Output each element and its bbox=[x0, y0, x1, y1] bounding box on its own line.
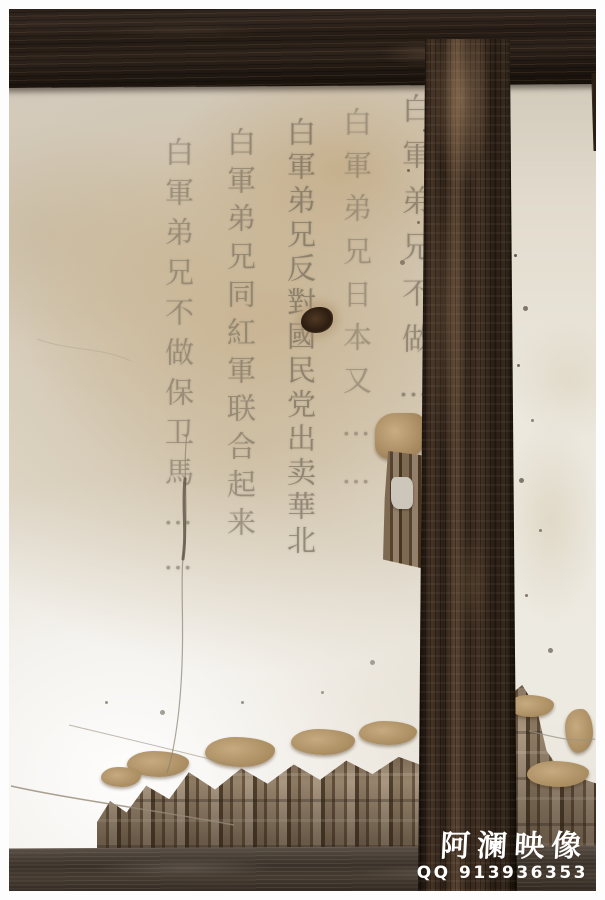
exposed-lath-patch-mid bbox=[383, 451, 425, 569]
plaster-damage-patch bbox=[375, 413, 425, 459]
watermark-studio-name: 阿澜映像 bbox=[416, 830, 589, 864]
photograph: 白軍弟兄不做…… 白軍弟兄日本又…… 白軍弟兄反對國民党出卖華北 白軍弟兄同紅軍… bbox=[9, 9, 596, 891]
wood-post bbox=[415, 39, 517, 891]
inscription-column-4: 白軍弟兄同紅軍联合起来 bbox=[220, 127, 261, 545]
watermark-qq-number: QQ 913936353 bbox=[417, 864, 588, 883]
torn-plaster-edge bbox=[565, 709, 593, 753]
inscription-column-3: 白軍弟兄反對國民党出卖華北 bbox=[280, 117, 321, 559]
framed-photograph-page: 白軍弟兄不做…… 白軍弟兄日本又…… 白軍弟兄反對國民党出卖華北 白軍弟兄同紅軍… bbox=[0, 0, 605, 900]
plaster-chunk bbox=[391, 477, 413, 509]
inscription-column-2: 白軍弟兄日本又…… bbox=[336, 107, 377, 504]
watermark: 阿澜映像 QQ 913936353 bbox=[417, 830, 588, 883]
inscription-column-5: 白軍弟兄不做保卫馬…… bbox=[158, 137, 199, 587]
